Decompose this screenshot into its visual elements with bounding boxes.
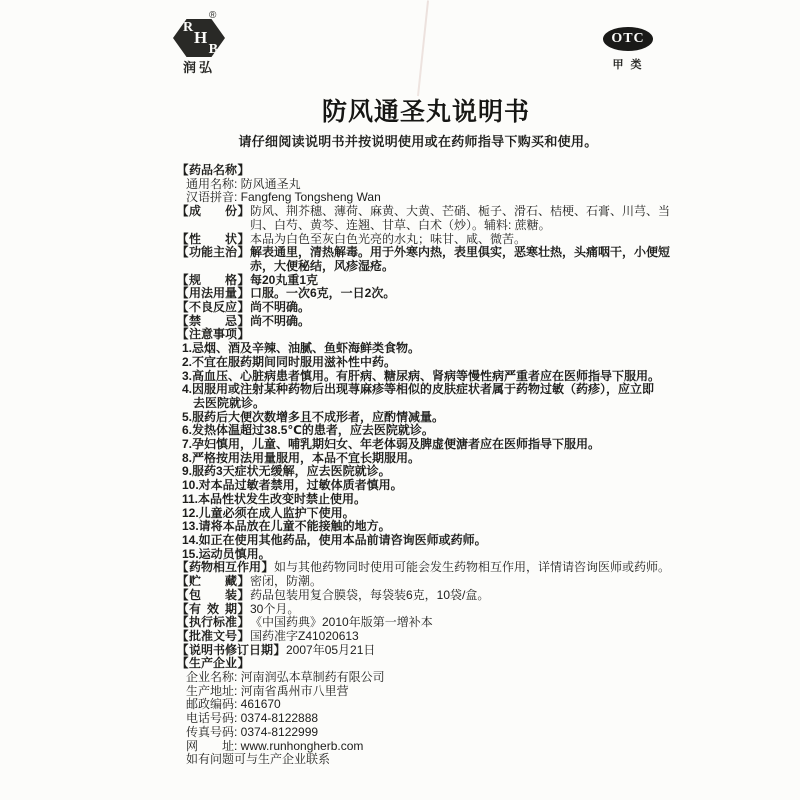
bracket-open: 【 [176,246,189,260]
section-label: 药品名称 [189,164,237,178]
leaflet-page: R H B ® 润弘 OTC 甲 类 防风通圣丸说明书 请仔细阅读说明书并按说明… [0,0,800,800]
line-text: 汉语拼音: Fangfeng Tongsheng Wan [186,190,381,204]
line-text: 解表通里，清热解毒。用于外寒内热，表里俱实，恶寒壮热，头痛咽干，小便短 [250,245,670,259]
bracket-close: 】 [237,287,250,301]
leaflet-section-line: 【执行标准】《中国药典》2010年版第一增补本 [176,616,724,630]
section-label: 贮藏 [189,575,237,589]
bracket-close: 】 [237,630,250,644]
line-text: 9.服药3天症状无缓解，应去医院就诊。 [182,464,391,478]
line-text: 14.如正在使用其他药品，使用本品前请咨询医师或药师。 [182,533,487,547]
leaflet-section-line: 【不良反应】尚不明确。 [176,301,724,315]
leaflet-section-line: 【成份】防风、荆芥穗、薄荷、麻黄、大黄、芒硝、栀子、滑石、桔梗、石膏、川芎、当 [176,205,724,219]
leaflet-body: 【药品名称】通用名称: 防风通圣丸汉语拼音: Fangfeng Tongshen… [176,164,724,767]
line-text: 13.请将本品放在儿童不能接触的地方。 [182,519,391,533]
line-text: 电话号码: 0374-8122888 [186,711,318,725]
bracket-open: 【 [176,616,189,630]
line-text: 邮政编码: 461670 [186,697,281,711]
bracket-close: 】 [237,589,250,603]
line-text: 12.儿童必须在成人监护下使用。 [182,506,355,520]
line-text: 30个月。 [250,602,299,616]
leaflet-section-line: 【生产企业】 [176,657,724,671]
line-text: 如有问题可与生产企业联系 [186,752,330,766]
bracket-close: 】 [237,205,250,219]
bracket-close: 】 [237,657,250,671]
leaflet-text-line: 6.发热体温超过38.5℃的患者，应去医院就诊。 [176,424,724,438]
line-text: 《中国药典》2010年版第一增补本 [250,615,433,629]
leaflet-text-line: 10.对本品过敏者禁用，过敏体质者慎用。 [176,479,724,493]
section-label: 批准文号 [189,630,237,644]
leaflet-text-line: 7.孕妇慎用，儿童、哺乳期妇女、年老体弱及脾虚便溏者应在医师指导下服用。 [176,438,724,452]
leaflet-text-line: 赤，大便秘结，风疹湿疮。 [176,260,724,274]
section-label: 功能主治 [189,246,237,260]
bracket-open: 【 [176,630,189,644]
leaflet-text-line: 13.请将本品放在儿童不能接触的地方。 [176,520,724,534]
line-text: 尚不明确。 [250,300,310,314]
line-text: 2007年05月21日 [286,643,375,657]
leaflet-section-line: 【包装】药品包装用复合膜袋，每袋装6克，10袋/盒。 [176,589,724,603]
hexagon-logo-icon: R H B [173,19,225,57]
leaflet-section-line: 【药品名称】 [176,164,724,178]
leaflet-section-line: 【功能主治】解表通里，清热解毒。用于外寒内热，表里俱实，恶寒壮热，头痛咽干，小便… [176,246,724,260]
leaflet-section-line: 【批准文号】国药准字Z41020613 [176,630,724,644]
leaflet-text-line: 传真号码: 0374-8122999 [176,726,724,740]
bracket-open: 【 [176,205,189,219]
bracket-close: 】 [273,644,286,658]
line-text: 2.不宜在服药期间同时服用滋补性中药。 [182,355,396,369]
leaflet-text-line: 去医院就诊。 [176,397,724,411]
line-text: 10.对本品过敏者禁用，过敏体质者慎用。 [182,478,403,492]
line-text: 赤，大便秘结，风疹湿疮。 [250,259,394,273]
line-text: 网 址: www.runhongherb.com [186,739,363,753]
page-subtitle: 请仔细阅读说明书并按说明使用或在药师指导下购买和使用。 [238,131,597,150]
otc-oval-icon: OTC [603,27,653,51]
line-text: 密闭，防潮。 [250,574,322,588]
line-text: 防风、荆芥穗、薄荷、麻黄、大黄、芒硝、栀子、滑石、桔梗、石膏、川芎、当 [250,204,670,218]
line-text: 生产地址: 河南省禹州市八里营 [186,684,349,698]
line-text: 3.高血压、心脏病患者慎用。有肝病、糖尿病、肾病等慢性病严重者应在医师指导下服用… [182,369,660,383]
line-text: 本品为白色至灰白色光亮的水丸；味甘、咸、微苦。 [250,232,526,246]
leaflet-text-line: 11.本品性状发生改变时禁止使用。 [176,493,724,507]
bracket-open: 【 [176,575,189,589]
leaflet-section-line: 【贮藏】密闭，防潮。 [176,575,724,589]
brand-name: 润弘 [171,57,227,76]
line-text: 8.严格按用法用量服用，本品不宜长期服用。 [182,451,420,465]
line-text: 1.忌烟、酒及辛辣、油腻、鱼虾海鲜类食物。 [182,341,420,355]
registered-trademark-icon: ® [209,10,216,21]
section-label: 不良反应 [189,301,237,315]
leaflet-text-line: 14.如正在使用其他药品，使用本品前请咨询医师或药师。 [176,534,724,548]
page-title: 防风通圣丸说明书 [322,92,530,128]
line-text: 7.孕妇慎用，儿童、哺乳期妇女、年老体弱及脾虚便溏者应在医师指导下服用。 [182,437,600,451]
line-text: 5.服药后大便次数增多且不成形者，应酌情减量。 [182,410,444,424]
line-text: 归、白芍、黄芩、连翘、甘草、白术（炒）。辅料: 蔗糖。 [250,218,551,232]
logo-letter: H [194,28,207,48]
section-label: 生产企业 [189,657,237,671]
line-text: 15.运动员慎用。 [182,547,271,561]
line-text: 如与其他药物同时使用可能会发生药物相互作用，详情请咨询医师或药师。 [274,560,670,574]
line-text: 11.本品性状发生改变时禁止使用。 [182,492,366,506]
leaflet-text-line: 电话号码: 0374-8122888 [176,712,724,726]
bracket-close: 】 [237,164,250,178]
line-text: 口服。一次6克，一日2次。 [250,286,395,300]
bracket-open: 【 [176,657,189,671]
bracket-open: 【 [176,301,189,315]
line-text: 去医院就诊。 [193,396,265,410]
line-text: 6.发热体温超过38.5℃的患者，应去医院就诊。 [182,423,434,437]
section-label: 成份 [189,205,237,219]
line-text: 通用名称: 防风通圣丸 [186,177,301,191]
leaflet-section-line: 【禁忌】尚不明确。 [176,315,724,329]
line-text: 药品包装用复合膜袋，每袋装6克，10袋/盒。 [250,588,489,602]
line-text: 每20丸重1克 [250,273,318,287]
bracket-close: 】 [237,575,250,589]
logo-letter: R [183,20,193,36]
leaflet-text-line: 如有问题可与生产企业联系 [176,753,724,767]
logo-letter: B [209,42,218,58]
line-text: 企业名称: 河南润弘本草制药有限公司 [186,670,385,684]
leaflet-text-line: 4.因服用或注射某种药物后出现荨麻疹等相似的皮肤症状者属于药物过敏（药疹），应立… [176,383,724,397]
bracket-close: 】 [237,246,250,260]
brand-logo: R H B [173,19,225,57]
bracket-open: 【 [176,164,189,178]
leaflet-section-line: 【说明书修订日期】2007年05月21日 [176,644,724,658]
section-label: 包装 [189,589,237,603]
section-label: 执行标准 [189,616,237,630]
line-text: 传真号码: 0374-8122999 [186,725,318,739]
scan-crease-line [417,0,429,96]
otc-category-label: 甲 类 [603,56,653,72]
section-label: 用法用量 [189,287,237,301]
line-text: 尚不明确。 [250,314,310,328]
bracket-open: 【 [176,589,189,603]
line-text: 4.因服用或注射某种药物后出现荨麻疹等相似的皮肤症状者属于药物过敏（药疹），应立… [182,382,654,396]
leaflet-section-line: 【用法用量】口服。一次6克，一日2次。 [176,287,724,301]
line-text: 国药准字Z41020613 [250,629,359,643]
otc-badge: OTC 甲 类 [603,27,653,72]
leaflet-text-line: 1.忌烟、酒及辛辣、油腻、鱼虾海鲜类食物。 [176,342,724,356]
bracket-open: 【 [176,287,189,301]
leaflet-text-line: 企业名称: 河南润弘本草制药有限公司 [176,671,724,685]
bracket-close: 】 [237,301,250,315]
leaflet-text-line: 2.不宜在服药期间同时服用滋补性中药。 [176,356,724,370]
bracket-close: 】 [237,616,250,630]
leaflet-text-line: 归、白芍、黄芩、连翘、甘草、白术（炒）。辅料: 蔗糖。 [176,219,724,233]
